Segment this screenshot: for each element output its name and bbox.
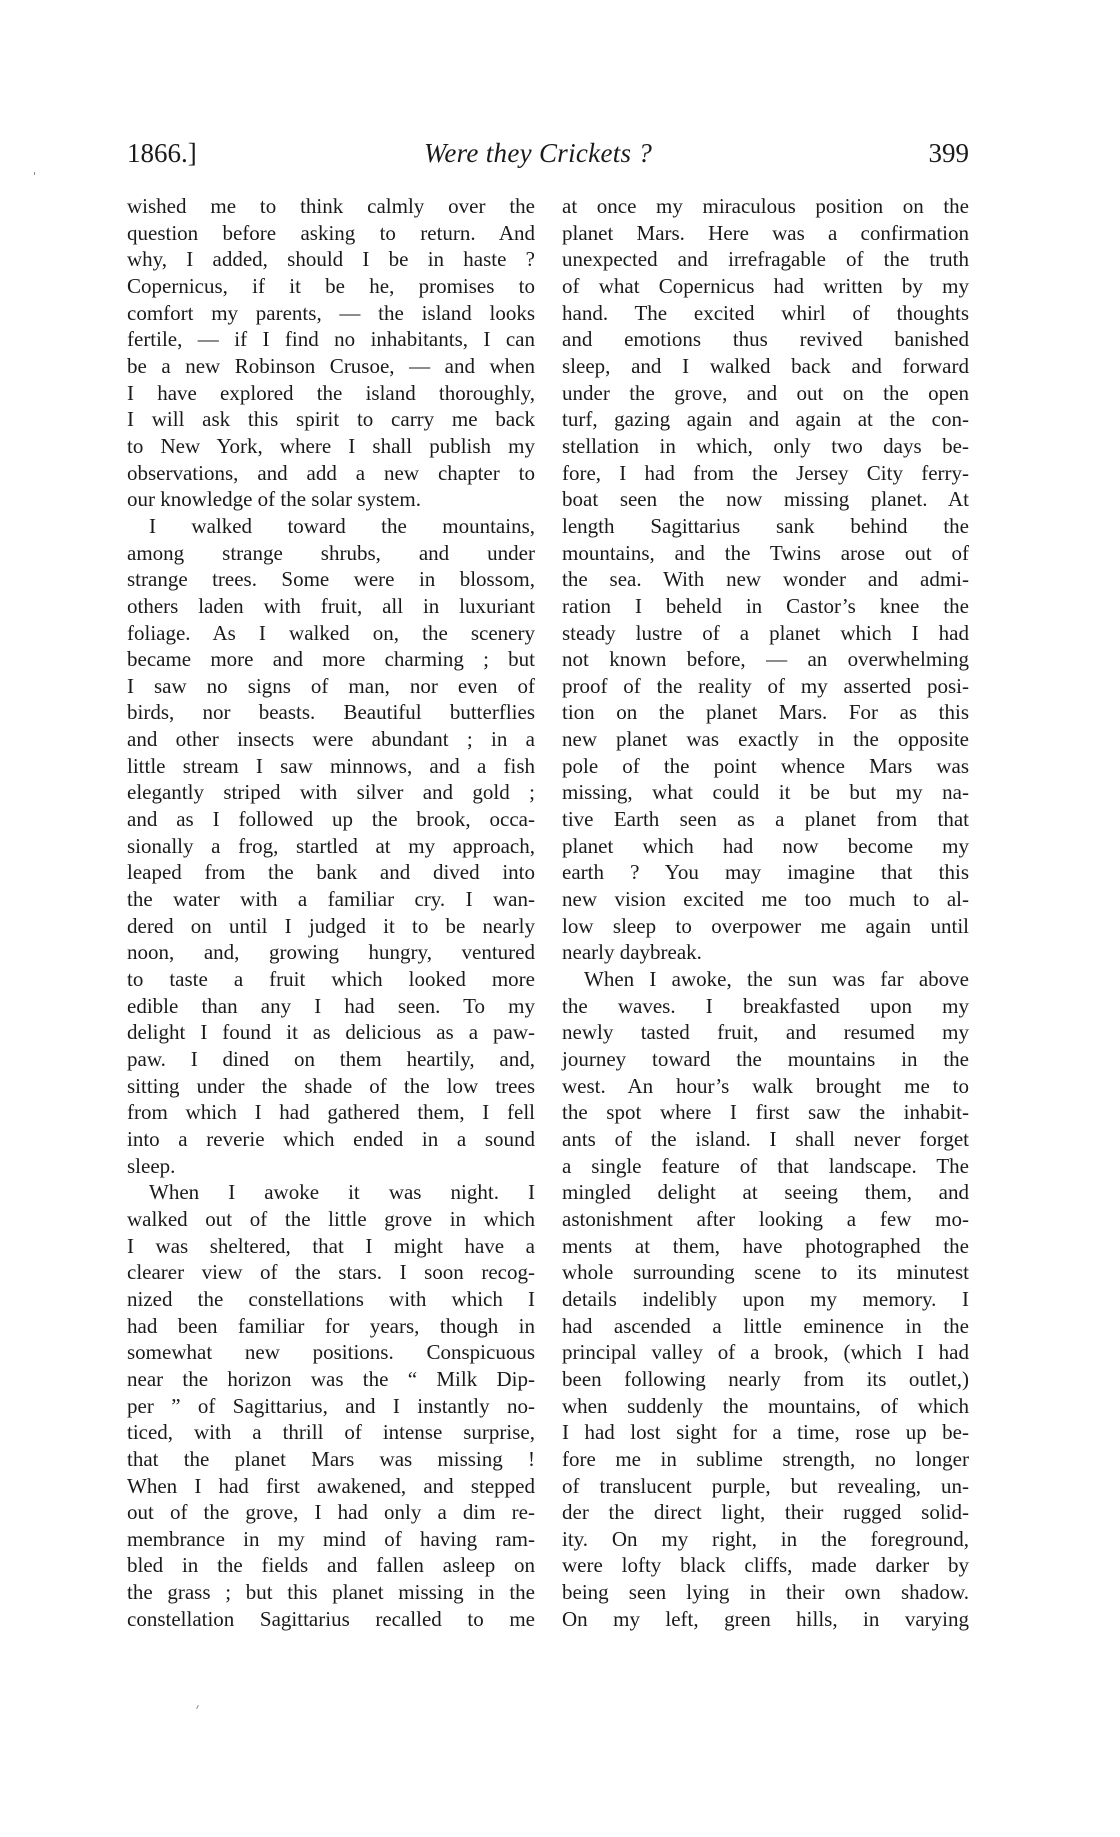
text-line: when suddenly the mountains, of which bbox=[562, 1393, 969, 1420]
running-head: 1866.] Were they Crickets ? 399 bbox=[127, 136, 969, 170]
text-line: unexpected and irrefragable of the truth bbox=[562, 246, 969, 273]
text-line: clearer view of the stars. I soon recog- bbox=[127, 1259, 535, 1286]
text-line: not known before, — an overwhelming bbox=[562, 646, 969, 673]
text-line: question before asking to return. And bbox=[127, 220, 535, 247]
text-line: of translucent purple, but revealing, un… bbox=[562, 1473, 969, 1500]
text-line: west. An hour’s walk brought me to bbox=[562, 1073, 969, 1100]
text-line: bled in the fields and fallen asleep on bbox=[127, 1552, 535, 1579]
text-line: the water with a familiar cry. I wan- bbox=[127, 886, 535, 913]
text-line: delight I found it as delicious as a paw… bbox=[127, 1019, 535, 1046]
text-line: and other insects were abundant ; in a bbox=[127, 726, 535, 753]
text-line: I saw no signs of man, nor even of bbox=[127, 673, 535, 700]
text-line: under the grove, and out on the open bbox=[562, 380, 969, 407]
text-line: Copernicus, if it be he, promises to bbox=[127, 273, 535, 300]
text-line: ticed, with a thrill of intense surprise… bbox=[127, 1419, 535, 1446]
text-line: others laden with fruit, all in luxurian… bbox=[127, 593, 535, 620]
text-line: became more and more charming ; but bbox=[127, 646, 535, 673]
text-line: ity. On my right, in the foreground, bbox=[562, 1526, 969, 1553]
text-line: little stream I saw minnows, and a fish bbox=[127, 753, 535, 780]
text-line: sitting under the shade of the low trees bbox=[127, 1073, 535, 1100]
text-line: strange trees. Some were in blossom, bbox=[127, 566, 535, 593]
book-page: 1866.] Were they Crickets ? 399 wished m… bbox=[0, 0, 1120, 1837]
right-text-column: at once my miraculous position on thepla… bbox=[562, 193, 969, 1632]
text-line: whole surrounding scene to its minutest bbox=[562, 1259, 969, 1286]
running-head-title: Were they Crickets ? bbox=[424, 136, 652, 170]
text-line: to New York, where I shall publish my bbox=[127, 433, 535, 460]
text-line: a single feature of that landscape. The bbox=[562, 1153, 969, 1180]
text-line: per ” of Sagittarius, and I instantly no… bbox=[127, 1393, 535, 1420]
text-line: length Sagittarius sank behind the bbox=[562, 513, 969, 540]
text-line: and emotions thus revived banished bbox=[562, 326, 969, 353]
text-line: were lofty black cliffs, made darker by bbox=[562, 1552, 969, 1579]
text-line: being seen lying in their own shadow. bbox=[562, 1579, 969, 1606]
text-line: into a reverie which ended in a sound bbox=[127, 1126, 535, 1153]
text-line: I had lost sight for a time, rose up be- bbox=[562, 1419, 969, 1446]
text-line: observations, and add a new chapter to bbox=[127, 460, 535, 487]
text-line: turf, gazing again and again at the con- bbox=[562, 406, 969, 433]
text-line: I was sheltered, that I might have a bbox=[127, 1233, 535, 1260]
text-line: paw. I dined on them heartily, and, bbox=[127, 1046, 535, 1073]
text-line: astonishment after looking a few mo- bbox=[562, 1206, 969, 1233]
text-line: edible than any I had seen. To my bbox=[127, 993, 535, 1020]
text-line: low sleep to overpower me again until bbox=[562, 913, 969, 940]
text-line: planet Mars. Here was a confirmation bbox=[562, 220, 969, 247]
text-line: our knowledge of the solar system. bbox=[127, 486, 535, 513]
text-line: boat seen the now missing planet. At bbox=[562, 486, 969, 513]
running-head-year: 1866.] bbox=[127, 136, 197, 170]
text-line: sionally a frog, startled at my approach… bbox=[127, 833, 535, 860]
text-line: new planet was exactly in the opposite bbox=[562, 726, 969, 753]
text-line: journey toward the mountains in the bbox=[562, 1046, 969, 1073]
text-line: had ascended a little eminence in the bbox=[562, 1313, 969, 1340]
text-line: noon, and, growing hungry, ventured bbox=[127, 939, 535, 966]
text-line: the sea. With new wonder and admi- bbox=[562, 566, 969, 593]
text-line: membrance in my mind of having ram- bbox=[127, 1526, 535, 1553]
text-line: When I awoke, the sun was far above bbox=[562, 966, 969, 993]
text-line: earth ? You may imagine that this bbox=[562, 859, 969, 886]
text-line: missing, what could it be but my na- bbox=[562, 779, 969, 806]
text-line: nized the constellations with which I bbox=[127, 1286, 535, 1313]
text-line: der the direct light, their rugged solid… bbox=[562, 1499, 969, 1526]
text-line: the waves. I breakfasted upon my bbox=[562, 993, 969, 1020]
text-line: On my left, green hills, in varying bbox=[562, 1606, 969, 1633]
text-line: fore, I had from the Jersey City ferry- bbox=[562, 460, 969, 487]
text-line: planet which had now become my bbox=[562, 833, 969, 860]
text-line: of what Copernicus had written by my bbox=[562, 273, 969, 300]
text-line: mountains, and the Twins arose out of bbox=[562, 540, 969, 567]
text-line: fertile, — if I find no inhabitants, I c… bbox=[127, 326, 535, 353]
text-line: ration I beheld in Castor’s knee the bbox=[562, 593, 969, 620]
text-line: and as I followed up the brook, occa- bbox=[127, 806, 535, 833]
text-line: nearly daybreak. bbox=[562, 939, 969, 966]
text-line: been following nearly from its outlet,) bbox=[562, 1366, 969, 1393]
text-line: When I awoke it was night. I bbox=[127, 1179, 535, 1206]
text-line: fore me in sublime strength, no longer bbox=[562, 1446, 969, 1473]
text-line: pole of the point whence Mars was bbox=[562, 753, 969, 780]
text-line: near the horizon was the “ Milk Dip- bbox=[127, 1366, 535, 1393]
text-line: details indelibly upon my memory. I bbox=[562, 1286, 969, 1313]
text-line: principal valley of a brook, (which I ha… bbox=[562, 1339, 969, 1366]
scan-speck bbox=[34, 172, 35, 175]
text-line: new vision excited me too much to al- bbox=[562, 886, 969, 913]
text-line: to taste a fruit which looked more bbox=[127, 966, 535, 993]
text-line: foliage. As I walked on, the scenery bbox=[127, 620, 535, 647]
text-line: the grass ; but this planet missing in t… bbox=[127, 1579, 535, 1606]
text-line: the spot where I first saw the inhabit- bbox=[562, 1099, 969, 1126]
text-line: at once my miraculous position on the bbox=[562, 193, 969, 220]
text-line: elegantly striped with silver and gold ; bbox=[127, 779, 535, 806]
scan-speck bbox=[196, 1705, 199, 1709]
text-line: I will ask this spirit to carry me back bbox=[127, 406, 535, 433]
left-text-column: wished me to think calmly over thequesti… bbox=[127, 193, 535, 1632]
text-line: sleep, and I walked back and forward bbox=[562, 353, 969, 380]
text-line: When I had first awakened, and stepped bbox=[127, 1473, 535, 1500]
text-line: why, I added, should I be in haste ? bbox=[127, 246, 535, 273]
text-line: wished me to think calmly over the bbox=[127, 193, 535, 220]
text-line: stellation in which, only two days be- bbox=[562, 433, 969, 460]
text-line: steady lustre of a planet which I had bbox=[562, 620, 969, 647]
text-line: proof of the reality of my asserted posi… bbox=[562, 673, 969, 700]
page-number: 399 bbox=[929, 136, 970, 170]
text-line: hand. The excited whirl of thoughts bbox=[562, 300, 969, 327]
text-line: dered on until I judged it to be nearly bbox=[127, 913, 535, 940]
text-line: comfort my parents, — the island looks bbox=[127, 300, 535, 327]
text-line: tive Earth seen as a planet from that bbox=[562, 806, 969, 833]
text-line: from which I had gathered them, I fell bbox=[127, 1099, 535, 1126]
text-line: walked out of the little grove in which bbox=[127, 1206, 535, 1233]
text-line: among strange shrubs, and under bbox=[127, 540, 535, 567]
text-line: had been familiar for years, though in bbox=[127, 1313, 535, 1340]
text-line: birds, nor beasts. Beautiful butterflies bbox=[127, 699, 535, 726]
text-line: that the planet Mars was missing ! bbox=[127, 1446, 535, 1473]
text-line: newly tasted fruit, and resumed my bbox=[562, 1019, 969, 1046]
text-line: ants of the island. I shall never forget bbox=[562, 1126, 969, 1153]
text-line: tion on the planet Mars. For as this bbox=[562, 699, 969, 726]
text-line: I have explored the island thoroughly, bbox=[127, 380, 535, 407]
text-line: somewhat new positions. Conspicuous bbox=[127, 1339, 535, 1366]
text-line: constellation Sagittarius recalled to me bbox=[127, 1606, 535, 1633]
text-line: be a new Robinson Crusoe, — and when bbox=[127, 353, 535, 380]
text-line: leaped from the bank and dived into bbox=[127, 859, 535, 886]
text-line: ments at them, have photographed the bbox=[562, 1233, 969, 1260]
text-line: out of the grove, I had only a dim re- bbox=[127, 1499, 535, 1526]
text-line: I walked toward the mountains, bbox=[127, 513, 535, 540]
text-line: sleep. bbox=[127, 1153, 535, 1180]
text-line: mingled delight at seeing them, and bbox=[562, 1179, 969, 1206]
